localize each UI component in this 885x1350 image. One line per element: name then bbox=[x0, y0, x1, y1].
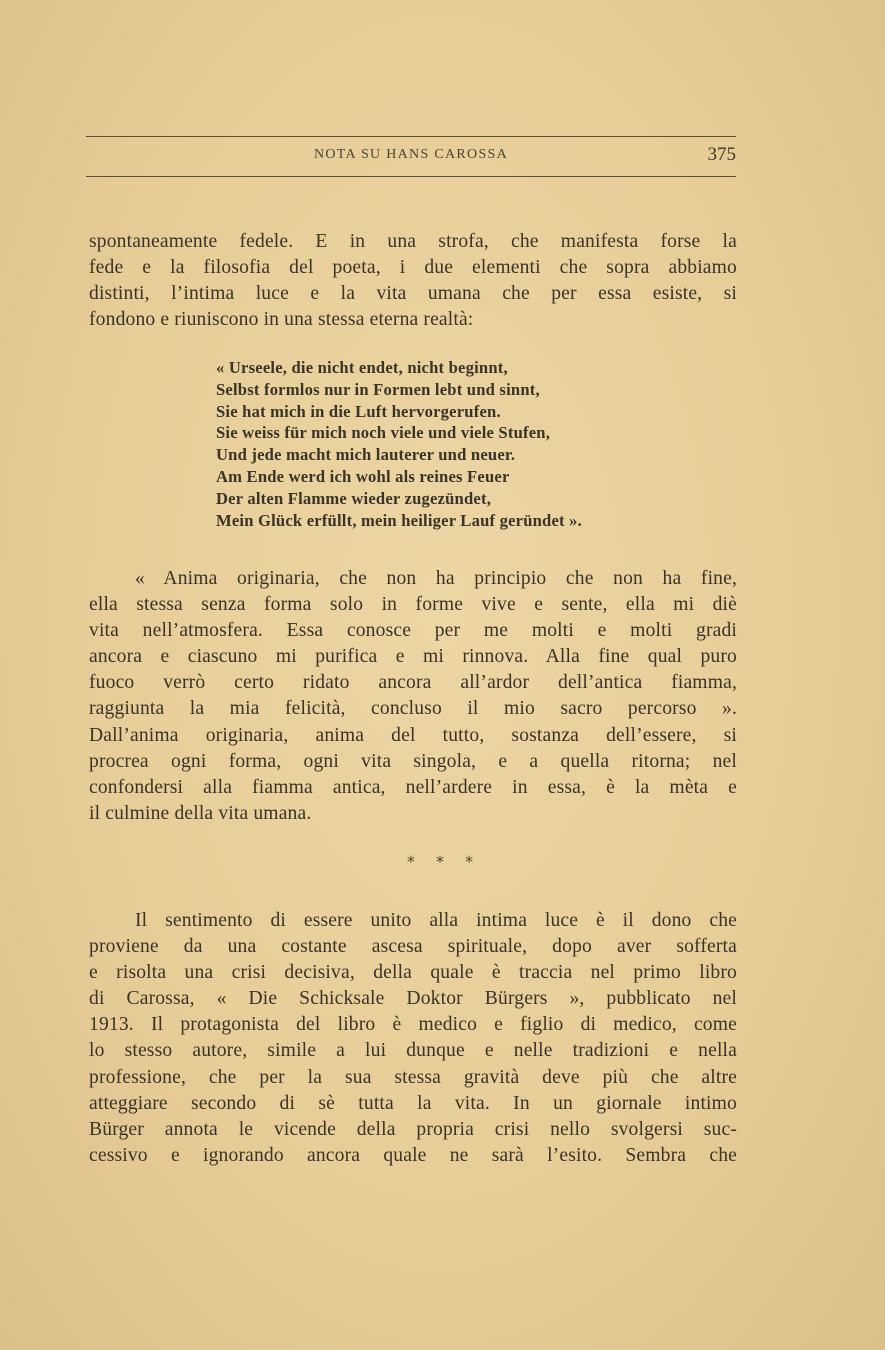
text-line: 1913. Il protagonista del libro è medico… bbox=[89, 1012, 737, 1038]
text-line: fuoco verrò certo ridato ancora all’ardo… bbox=[89, 670, 737, 696]
running-header: NOTA SU HANS CAROSSA 375 bbox=[86, 134, 736, 178]
text-line: spontaneamente fedele. E in una strofa, … bbox=[89, 229, 737, 255]
text-line: Bürger annota le vicende della propria c… bbox=[89, 1117, 737, 1143]
page-number: 375 bbox=[708, 144, 737, 166]
text-line: il culmine della vita umana. bbox=[89, 801, 737, 827]
poem-verse: Und jede macht mich lauterer und neuer. bbox=[216, 444, 686, 466]
text-line: confondersi alla fiamma antica, nell’ard… bbox=[89, 775, 737, 801]
text-line: distinti, l’intima luce e la vita umana … bbox=[89, 281, 737, 307]
text-line: cessivo e ignorando ancora quale ne sarà… bbox=[89, 1143, 737, 1169]
text-line: ancora e ciascuno mi purifica e mi rinno… bbox=[89, 644, 737, 670]
text-line: proviene da una costante ascesa spiritua… bbox=[89, 934, 737, 960]
paragraph-translation: « Anima originaria, che non ha principio… bbox=[89, 566, 737, 827]
text-line: Il sentimento di essere unito alla intim… bbox=[89, 908, 737, 934]
paragraph-intro: spontaneamente fedele. E in una strofa, … bbox=[89, 229, 737, 333]
text-line: fede e la filosofia del poeta, i due ele… bbox=[89, 255, 737, 281]
text-line: Dall’anima originaria, anima del tutto, … bbox=[89, 723, 737, 749]
text-line: lo stesso autore, simile a lui dunque e … bbox=[89, 1038, 737, 1064]
running-title: NOTA SU HANS CAROSSA bbox=[86, 147, 736, 163]
poem-verse: Selbst formlos nur in Formen lebt und si… bbox=[216, 379, 686, 401]
poem-verse: Mein Glück erfüllt, mein heiliger Lauf g… bbox=[216, 510, 686, 532]
text-line: vita nell’atmosfera. Essa conosce per me… bbox=[89, 618, 737, 644]
poem-verse: Am Ende werd ich wohl als reines Feuer bbox=[216, 466, 686, 488]
poem-quotation: « Urseele, die nicht endet, nicht beginn… bbox=[216, 357, 686, 531]
text-line: professione, che per la sua stessa gravi… bbox=[89, 1065, 737, 1091]
section-separator-asterisks: * * * bbox=[340, 852, 540, 871]
text-line: « Anima originaria, che non ha principio… bbox=[89, 566, 737, 592]
header-bottom-rule bbox=[86, 176, 736, 177]
text-line: fondono e riuniscono in una stessa etern… bbox=[89, 307, 737, 333]
poem-verse: Sie weiss für mich noch viele und viele … bbox=[216, 422, 686, 444]
text-line: di Carossa, « Die Schicksale Doktor Bürg… bbox=[89, 986, 737, 1012]
header-top-rule bbox=[86, 136, 736, 137]
poem-verse: Der alten Flamme wieder zugezündet, bbox=[216, 488, 686, 510]
text-line: atteggiare secondo di sè tutta la vita. … bbox=[89, 1091, 737, 1117]
text-line: ella stessa senza forma solo in forme vi… bbox=[89, 592, 737, 618]
text-line: procrea ogni forma, ogni vita singola, e… bbox=[89, 749, 737, 775]
text-line: e risolta una crisi decisiva, della qual… bbox=[89, 960, 737, 986]
poem-verse: Sie hat mich in die Luft hervorgerufen. bbox=[216, 401, 686, 423]
book-page: NOTA SU HANS CAROSSA 375 spontaneamente … bbox=[0, 0, 885, 1350]
paragraph-section-start: Il sentimento di essere unito alla intim… bbox=[89, 908, 737, 1169]
poem-verse: « Urseele, die nicht endet, nicht beginn… bbox=[216, 357, 686, 379]
text-line: raggiunta la mia felicità, concluso il m… bbox=[89, 696, 737, 722]
